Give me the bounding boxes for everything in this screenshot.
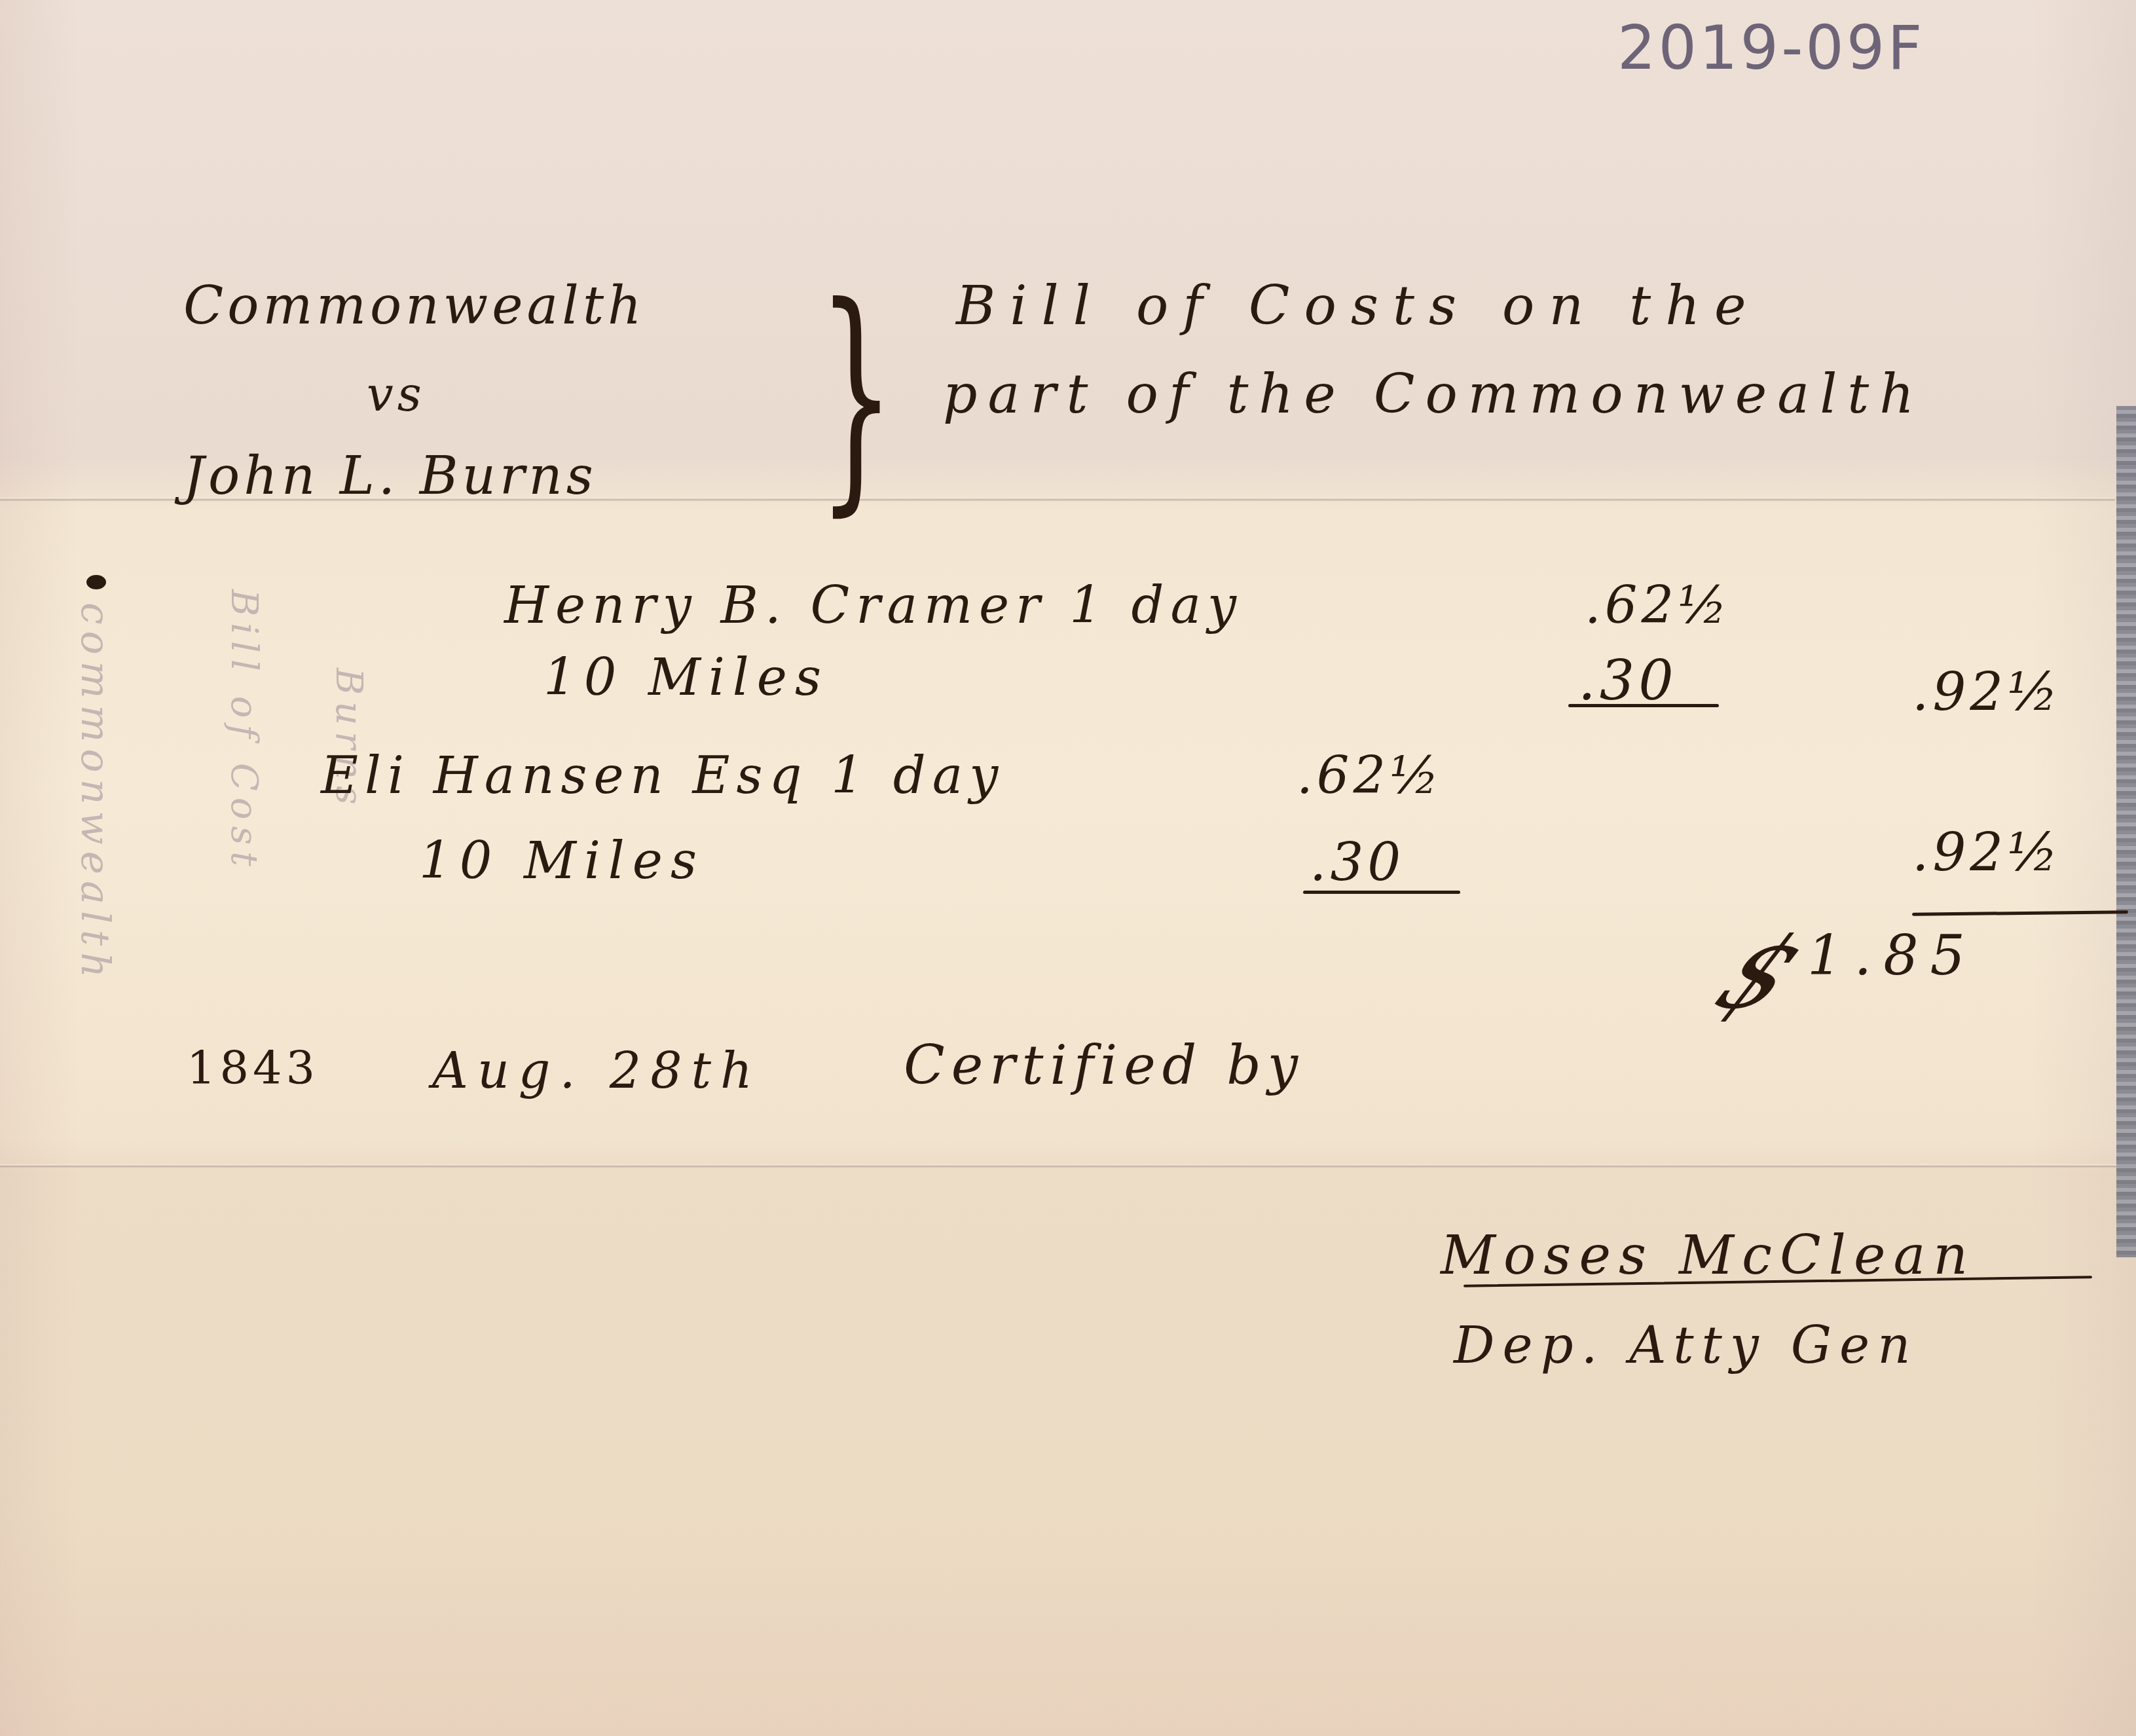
certification-date: Aug. 28th xyxy=(432,1041,762,1099)
fold-crease-lower xyxy=(0,1164,2136,1168)
entry-subtotal: .92½ xyxy=(1912,822,2062,883)
entry-witness: Henry B. Cramer 1 day xyxy=(504,576,1243,635)
entry-underline xyxy=(1568,704,1719,707)
total-amount: 1.85 xyxy=(1807,923,1977,988)
entry-mileage-fee: .30 xyxy=(1310,832,1405,893)
bleed-through-text: Bill of Cost xyxy=(223,589,265,873)
caption-versus: vs xyxy=(367,367,426,422)
background-edge xyxy=(2116,406,2136,1257)
entry-mileage-label: 10 Miles xyxy=(543,648,829,707)
entry-witness-fee: .62½ xyxy=(1297,747,1443,805)
entry-mileage-fee: .30 xyxy=(1578,648,1678,712)
document-paper xyxy=(0,0,2136,1736)
bleed-through-text: commonwealth xyxy=(72,602,118,984)
signature-name: Moses McClean xyxy=(1441,1225,1976,1287)
certification-text: Certified by xyxy=(904,1035,1304,1097)
document-title-line2: part of the Commonwealth xyxy=(943,363,1924,426)
caption-brace: } xyxy=(818,275,895,517)
entry-mileage-label: 10 Miles xyxy=(419,832,705,891)
certification-year: 1843 xyxy=(187,1041,319,1095)
signature-title: Dep. Atty Gen xyxy=(1454,1316,1918,1375)
entry-witness: Eli Hansen Esq 1 day xyxy=(321,747,1004,805)
entry-witness-fee: .62½ xyxy=(1585,576,1731,635)
entry-underline xyxy=(1303,891,1460,894)
archive-number: 2019-09F xyxy=(1617,13,1924,83)
entry-subtotal: .92½ xyxy=(1912,661,2062,722)
ink-blot xyxy=(86,575,106,589)
caption-plaintiff: Commonwealth xyxy=(183,275,646,336)
caption-defendant: John L. Burns xyxy=(183,445,597,506)
document-title-line1: Bill of Costs on the xyxy=(956,275,1761,337)
